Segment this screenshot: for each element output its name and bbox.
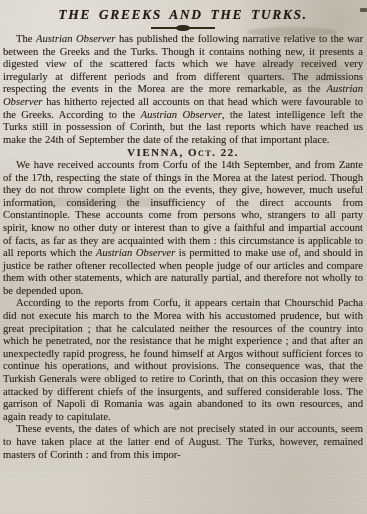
italic-phrase: Austrian Observer xyxy=(141,110,222,121)
divider-diamond-icon xyxy=(176,25,190,31)
dateline: VIENNA, Oct. 22. xyxy=(3,147,363,160)
italic-phrase: Austrian Observer xyxy=(36,34,115,45)
italic-phrase: Austrian Observer xyxy=(96,248,175,259)
article-paragraph: The Austrian Observer has published the … xyxy=(3,34,363,147)
newspaper-page: THE GREEKS AND THE TURKS. The Austrian O… xyxy=(0,0,367,514)
title-divider-ornament xyxy=(151,24,215,31)
article-paragraph: These events, the dates of which are not… xyxy=(3,424,363,462)
article-paragraph: We have received accounts from Corfu of … xyxy=(3,160,363,299)
italic-phrase: Austrian Observer xyxy=(3,84,363,108)
article-paragraph: According to the reports from Corfu, it … xyxy=(3,298,363,424)
article-title: THE GREEKS AND THE TURKS. xyxy=(3,7,363,23)
article-body: The Austrian Observer has published the … xyxy=(3,34,363,462)
